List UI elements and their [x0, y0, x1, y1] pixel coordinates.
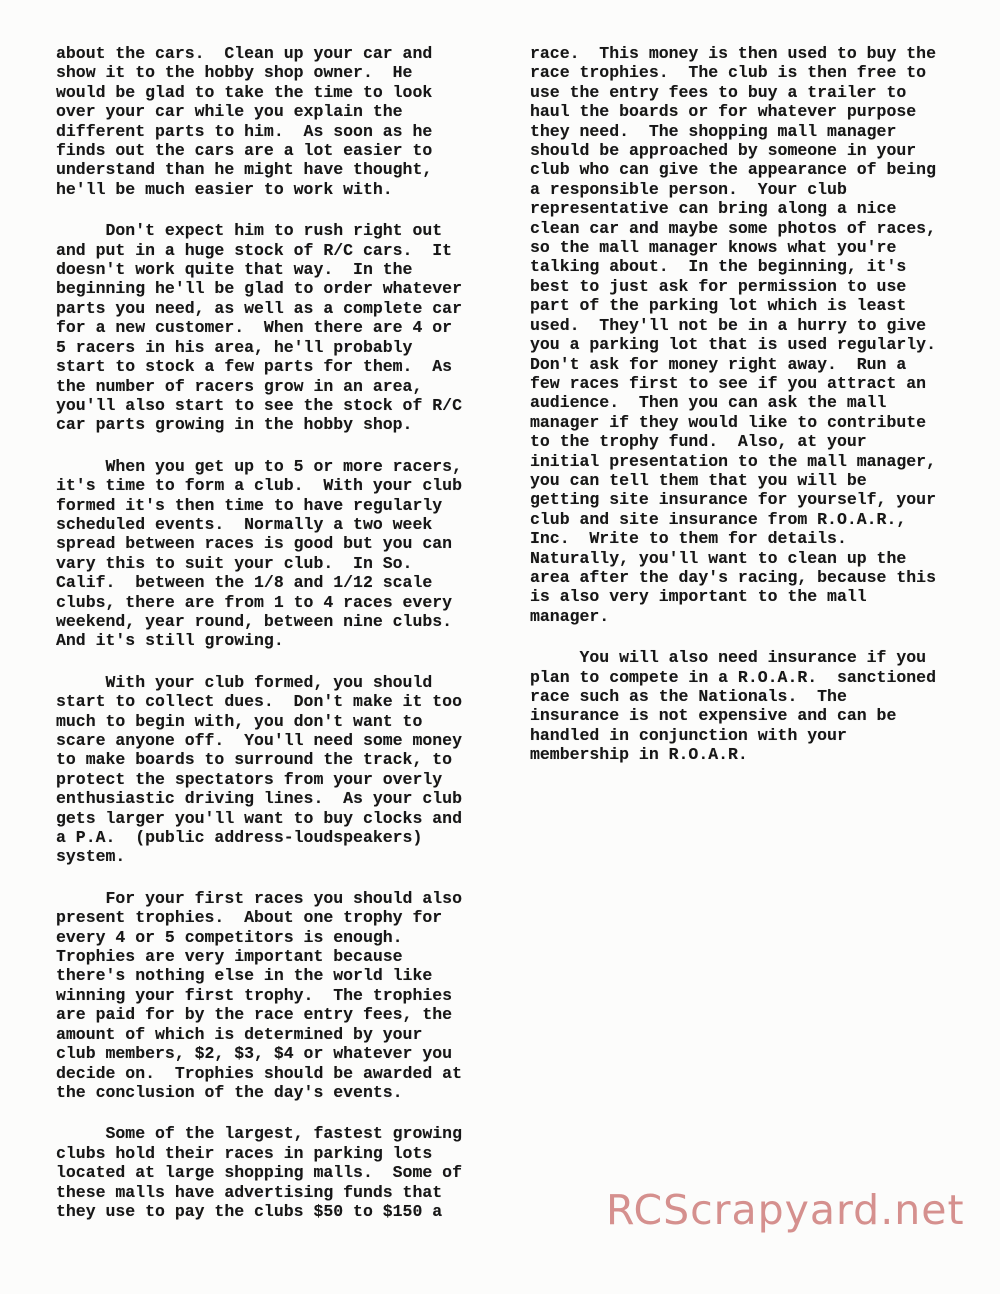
paragraph: With your club formed, you should start …: [56, 673, 478, 867]
watermark: RCScrapyard.net: [606, 1186, 965, 1234]
text-columns: about the cars. Clean up your car and sh…: [56, 44, 952, 1221]
paragraph: Don't expect him to rush right out and p…: [56, 221, 478, 434]
paragraph: about the cars. Clean up your car and sh…: [56, 44, 478, 199]
right-column: race. This money is then used to buy the…: [530, 44, 952, 1221]
paragraph: When you get up to 5 or more racers, it'…: [56, 457, 478, 651]
paragraph: You will also need insurance if you plan…: [530, 648, 952, 764]
left-column: about the cars. Clean up your car and sh…: [56, 44, 478, 1221]
paragraph: race. This money is then used to buy the…: [530, 44, 952, 626]
paragraph: For your first races you should also pre…: [56, 889, 478, 1102]
scanned-document-page: about the cars. Clean up your car and sh…: [0, 0, 1000, 1294]
paragraph: Some of the largest, fastest growing clu…: [56, 1124, 478, 1221]
